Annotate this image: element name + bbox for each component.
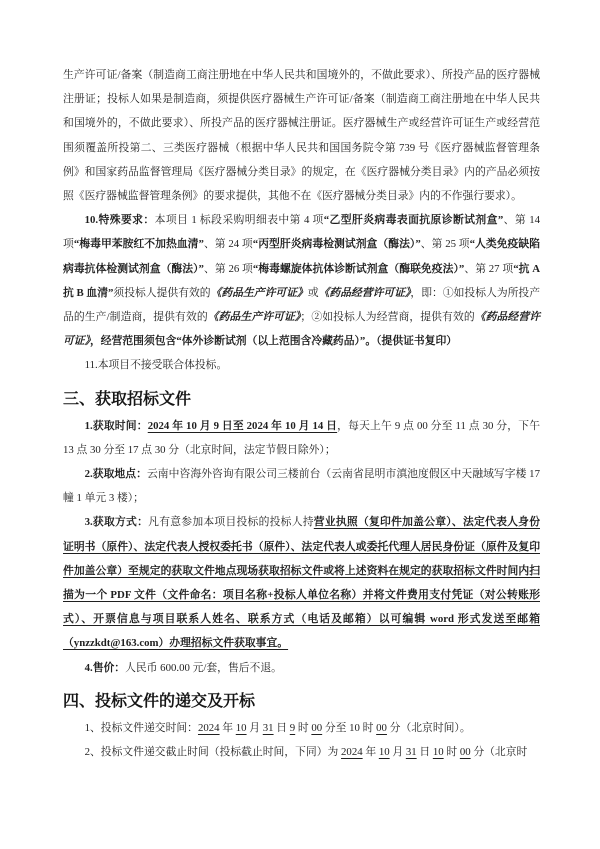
document-page: 生产许可证/备案（制造商工商注册地在中华人民共和国境外的，不做此要求）、所投产品…	[0, 0, 600, 849]
text-run: 营业执照（复印件加盖公章）、法定代表人身份证明书（原件）、法定代表人授权委托书（…	[63, 516, 540, 649]
text-run: 生产许可证/备案（制造商工商注册地在中华人民共和国境外的，不做此要求）、所投产品…	[63, 69, 540, 202]
text-run: 2024	[341, 746, 363, 758]
text-run: 分（北京时	[471, 746, 528, 758]
text-run: 《药品生产许可证》	[211, 287, 308, 299]
text-run: 00	[311, 722, 322, 734]
text-run: 日	[274, 722, 290, 734]
text-run: 2024 年 10 月 9 日至 2024 年 10 月 14 日	[148, 420, 337, 432]
text-run: 、第 27 项	[464, 263, 513, 275]
para-special-requirements: 10.特殊要求：本项目 1 标段采购明细表中第 4 项“乙型肝炎病毒表面抗原诊断…	[63, 208, 540, 353]
para-obtain-location: 2.获取地点：云南中咨海外咨询有限公司三楼前台（云南省昆明市滇池度假区中天融域写…	[63, 462, 540, 510]
text-run: 2.获取地点：	[85, 468, 147, 480]
text-run: ，经营范围须包含“体外诊断试剂（以上范围含冷藏药品）”。	[90, 335, 376, 347]
document-body: 生产许可证/备案（制造商工商注册地在中华人民共和国境外的，不做此要求）、所投产品…	[63, 63, 540, 764]
text-run: 分（北京时间）。	[387, 722, 471, 734]
para-qualification-continuation: 生产许可证/备案（制造商工商注册地在中华人民共和国境外的，不做此要求）、所投产品…	[63, 63, 540, 208]
text-run: 《药品生产许可证》	[208, 311, 301, 323]
text-run: “梅毒螺旋体抗体诊断试剂盒（酶联免疫法）”	[253, 263, 464, 275]
para-bid-submission-time: 1、投标文件递交时间：2024 年 10 月 31 日 9 时 00 分至 10…	[63, 716, 540, 740]
text-run: 31	[406, 746, 417, 758]
text-run: 1.获取时间：	[85, 420, 148, 432]
text-run: 时	[444, 746, 460, 758]
text-run: 人民币 600.00 元/套，售后不退。	[125, 662, 282, 674]
text-run: 《药品经营许可证》	[319, 287, 411, 299]
text-run: 须投标人提供有效的	[113, 287, 210, 299]
text-run: 10.特殊要求：	[85, 214, 155, 226]
text-run: 、第 26 项	[204, 263, 253, 275]
para-no-consortium-bids: 11.本项目不接受联合体投标。	[63, 353, 540, 377]
text-run: 10	[236, 722, 247, 734]
text-run: 4.售价：	[85, 662, 126, 674]
text-run: ；②如投标人为经营商，提供有效的	[300, 311, 474, 323]
text-run: 日	[417, 746, 433, 758]
para-obtain-method: 3.获取方式：凡有意参加本项目投标的投标人持营业执照（复印件加盖公章）、法定代表…	[63, 510, 540, 655]
text-run: “梅毒甲苯胺红不加热血清”	[74, 238, 204, 250]
text-run: 、第 24 项	[204, 238, 253, 250]
text-run: 年	[363, 746, 379, 758]
text-run: 凡有意参加本项目投标的投标人持	[148, 516, 314, 528]
text-run: “丙型肝炎病毒检测试剂盒（酶法）”	[253, 238, 421, 250]
heading-section-3-obtain-bidding-documents: 三、获取招标文件	[63, 389, 540, 411]
text-run: 2024	[198, 722, 220, 734]
text-run: （提供证书复印）	[376, 335, 457, 347]
heading-section-4-bid-submission-and-opening: 四、投标文件的递交及开标	[63, 691, 540, 713]
text-run: 或	[308, 287, 319, 299]
text-run: 时	[295, 722, 311, 734]
para-bid-submission-deadline: 2、投标文件递交截止时间（投标截止时间，下同）为 2024 年 10 月 31 …	[63, 740, 540, 764]
text-run: 3.获取方式：	[85, 516, 149, 528]
text-run: 分至 10 时	[322, 722, 376, 734]
text-run: 2、投标文件递交截止时间（投标截止时间，下同）为	[85, 746, 341, 758]
text-run: 00	[376, 722, 387, 734]
text-run: 年	[220, 722, 236, 734]
text-run: “乙型肝炎病毒表面抗原诊断试剂盒”	[324, 214, 504, 226]
para-document-price: 4.售价：人民币 600.00 元/套，售后不退。	[63, 656, 540, 680]
text-run: 1、投标文件递交时间：	[85, 722, 198, 734]
text-run: 00	[460, 746, 471, 758]
para-obtain-time: 1.获取时间：2024 年 10 月 9 日至 2024 年 10 月 14 日…	[63, 414, 540, 462]
text-run: 本项目 1 标段采购明细表中第 4 项	[155, 214, 324, 226]
text-run: 月	[390, 746, 406, 758]
text-run: 10	[379, 746, 390, 758]
text-run: 、第 25 项	[421, 238, 470, 250]
text-run: 10	[433, 746, 444, 758]
text-run: 31	[263, 722, 274, 734]
text-run: 月	[247, 722, 263, 734]
text-run: 11.本项目不接受联合体投标。	[85, 359, 228, 371]
